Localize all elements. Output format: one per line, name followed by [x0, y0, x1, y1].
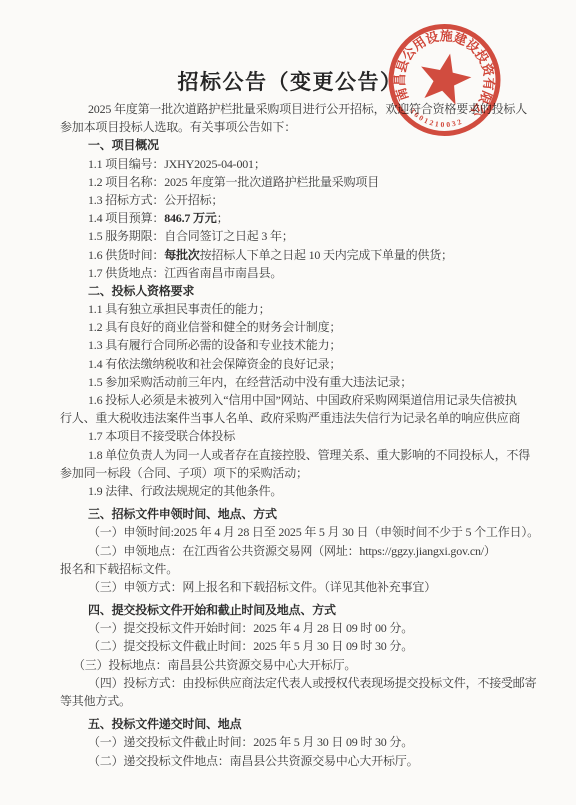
doc-line: 1.7 本项目不接受联合体投标: [60, 427, 520, 445]
doc-line: 1.2 具有良好的商业信誉和健全的财务会计制度；: [60, 318, 520, 336]
text-run: 1.5 服务期限：自合同签订之日起 3 年；: [88, 229, 294, 243]
text-run: （二）提交投标文件截止时间：2025 年 5 月 30 日 09 时 30 分。: [88, 639, 413, 653]
doc-line: 1.3 招标方式：公开招标；: [60, 191, 520, 209]
text-run: 五、投标文件递交时间、地点: [88, 717, 241, 731]
doc-line: 1.6 投标人必须是未被列入“信用中国”网站、中国政府采购网渠道信用记录失信被执: [60, 391, 520, 409]
doc-line: 1.5 参加采购活动前三年内，在经营活动中没有重大违法记录；: [60, 373, 520, 391]
text-run: 四、提交投标文件开始和截止时间及地点、方式: [88, 603, 336, 617]
section-heading: 二、投标人资格要求: [60, 282, 520, 300]
announcement-document: 招标公告（变更公告） 2025 年度第一批次道路护栏批量采购项目进行公开招标，欢…: [60, 70, 520, 770]
text-run: 1.4 项目预算：: [88, 211, 164, 225]
text-run: ；: [217, 211, 229, 225]
doc-line: （二）递交投标文件地点：南昌县公共资源交易中心大开标厅。: [60, 752, 520, 770]
doc-line: 1.1 项目编号：JXHY2025-04-001；: [60, 155, 520, 173]
doc-line: （一）递交投标文件截止时间：2025 年 5 月 30 日 09 时 30 分。: [60, 733, 520, 751]
doc-line: 等其他方式。: [60, 692, 520, 710]
doc-line: （三）投标地点：南昌县公共资源交易中心大开标厅。: [60, 656, 520, 674]
doc-line: （一）提交投标文件开始时间：2025 年 4 月 28 日 09 时 00 分。: [60, 619, 520, 637]
doc-line: 1.5 服务期限：自合同签订之日起 3 年；: [60, 227, 520, 245]
text-run: 1.1 项目编号：JXHY2025-04-001；: [88, 157, 266, 171]
text-run: 1.3 具有履行合同所必需的设备和专业技术能力；: [88, 338, 341, 352]
doc-line: 1.4 有依法缴纳税收和社会保障资金的良好记录；: [60, 355, 520, 373]
doc-line: （三）申领方式：网上报名和下载招标文件。（详见其他补充事宜）: [60, 578, 520, 596]
text-run: 行人、重大税收违法案件当事人名单、政府采购严重违法失信行为记录名单的响应供应商: [60, 411, 520, 425]
text-run: 按招标人下单之日起 10 天内完成下单量的供货；: [200, 248, 453, 262]
doc-line: 参加同一标段（合同、子项）项下的采购活动；: [60, 464, 520, 482]
doc-line: 1.9 法律、行政法规规定的其他条件。: [60, 482, 520, 500]
doc-line: 1.1 具有独立承担民事责任的能力；: [60, 300, 520, 318]
doc-line: （四）投标方式：由投标供应商法定代表人或授权代表现场提交投标文件，不接受邮寄: [60, 674, 520, 692]
doc-line: 1.2 项目名称：2025 年度第一批次道路护栏批量采购项目: [60, 173, 520, 191]
text-run: （三）申领方式：网上报名和下载招标文件。（详见其他补充事宜）: [88, 580, 436, 594]
text-run: 报名和下载招标文件。: [60, 562, 178, 576]
text-run: 1.4 有依法缴纳税收和社会保障资金的良好记录；: [88, 357, 341, 371]
text-run: 等其他方式。: [60, 694, 131, 708]
doc-line: （二）申领地点：在江西省公共资源交易网（网址：https://ggzy.jian…: [60, 542, 520, 560]
text-run: （三）投标地点：南昌县公共资源交易中心大开标厅。: [73, 658, 356, 672]
text-run: 1.5 参加采购活动前三年内，在经营活动中没有重大违法记录；: [88, 375, 412, 389]
text-run: 1.2 项目名称：2025 年度第一批次道路护栏批量采购项目: [88, 175, 379, 189]
doc-line: 行人、重大税收违法案件当事人名单、政府采购严重违法失信行为记录名单的响应供应商: [60, 409, 520, 427]
text-run: （一）提交投标文件开始时间：2025 年 4 月 28 日 09 时 00 分。: [88, 621, 413, 635]
section-heading: 一、项目概况: [60, 136, 520, 154]
doc-line: 2025 年度第一批次道路护栏批量采购项目进行公开招标，欢迎符合资格要求的投标人: [60, 100, 520, 118]
text-run: 2025 年度第一批次道路护栏批量采购项目进行公开招标，欢迎符合资格要求的投标人: [88, 102, 527, 116]
section-heading: 四、提交投标文件开始和截止时间及地点、方式: [60, 601, 520, 619]
text-run: （四）投标方式：由投标供应商法定代表人或授权代表现场提交投标文件，不接受邮寄: [88, 676, 536, 690]
text-run: （一）申领时间:2025 年 4 月 28 日至 2025 年 5 月 30 日…: [88, 525, 539, 539]
text-run: 1.8 单位负责人为同一人或者存在直接控股、管理关系、重大影响的不同投标人，不得: [88, 448, 530, 462]
text-run: 1.9 法律、行政法规规定的其他条件。: [88, 484, 282, 498]
doc-line: （一）申领时间:2025 年 4 月 28 日至 2025 年 5 月 30 日…: [60, 523, 520, 541]
doc-line: 1.7 供货地点：江西省南昌市南昌县。: [60, 264, 520, 282]
document-body: 2025 年度第一批次道路护栏批量采购项目进行公开招标，欢迎符合资格要求的投标人…: [60, 100, 520, 770]
text-run: 846.7 万元: [164, 211, 216, 225]
text-run: 1.6 投标人必须是未被列入“信用中国”网站、中国政府采购网渠道信用记录失信被执: [88, 393, 517, 407]
text-run: 1.3 招标方式：公开招标；: [88, 193, 223, 207]
doc-line: 1.6 供货时间：每批次按招标人下单之日起 10 天内完成下单量的供货；: [60, 246, 520, 264]
text-run: 一、项目概况: [88, 138, 159, 152]
text-run: （二）递交投标文件地点：南昌县公共资源交易中心大开标厅。: [88, 754, 418, 768]
doc-line: 1.4 项目预算：846.7 万元；: [60, 209, 520, 227]
section-heading: 三、招标文件申领时间、地点、方式: [60, 505, 520, 523]
doc-line: （二）提交投标文件截止时间：2025 年 5 月 30 日 09 时 30 分。: [60, 637, 520, 655]
scanned-document-page: 招标公告（变更公告） 2025 年度第一批次道路护栏批量采购项目进行公开招标，欢…: [0, 0, 576, 805]
text-run: 1.1 具有独立承担民事责任的能力；: [88, 302, 270, 316]
text-run: 1.6 供货时间：: [88, 248, 164, 262]
text-run: （二）申领地点：在江西省公共资源交易网（网址：https://ggzy.jian…: [88, 544, 496, 558]
text-run: 三、招标文件申领时间、地点、方式: [88, 507, 277, 521]
text-run: （一）递交投标文件截止时间：2025 年 5 月 30 日 09 时 30 分。: [88, 735, 413, 749]
text-run: 参加本项目投标人选取。有关事项公告如下：: [60, 120, 296, 134]
doc-line: 报名和下载招标文件。: [60, 560, 520, 578]
text-run: 1.7 本项目不接受联合体投标: [88, 429, 235, 443]
doc-line: 参加本项目投标人选取。有关事项公告如下：: [60, 118, 520, 136]
text-run: 每批次: [164, 248, 199, 262]
section-heading: 五、投标文件递交时间、地点: [60, 715, 520, 733]
doc-line: 1.8 单位负责人为同一人或者存在直接控股、管理关系、重大影响的不同投标人，不得: [60, 446, 520, 464]
text-run: 二、投标人资格要求: [88, 284, 194, 298]
document-title: 招标公告（变更公告）: [60, 70, 520, 94]
text-run: 参加同一标段（合同、子项）项下的采购活动；: [60, 466, 308, 480]
text-run: 1.7 供货地点：江西省南昌市南昌县。: [88, 266, 282, 280]
text-run: 1.2 具有良好的商业信誉和健全的财务会计制度；: [88, 320, 341, 334]
doc-line: 1.3 具有履行合同所必需的设备和专业技术能力；: [60, 336, 520, 354]
